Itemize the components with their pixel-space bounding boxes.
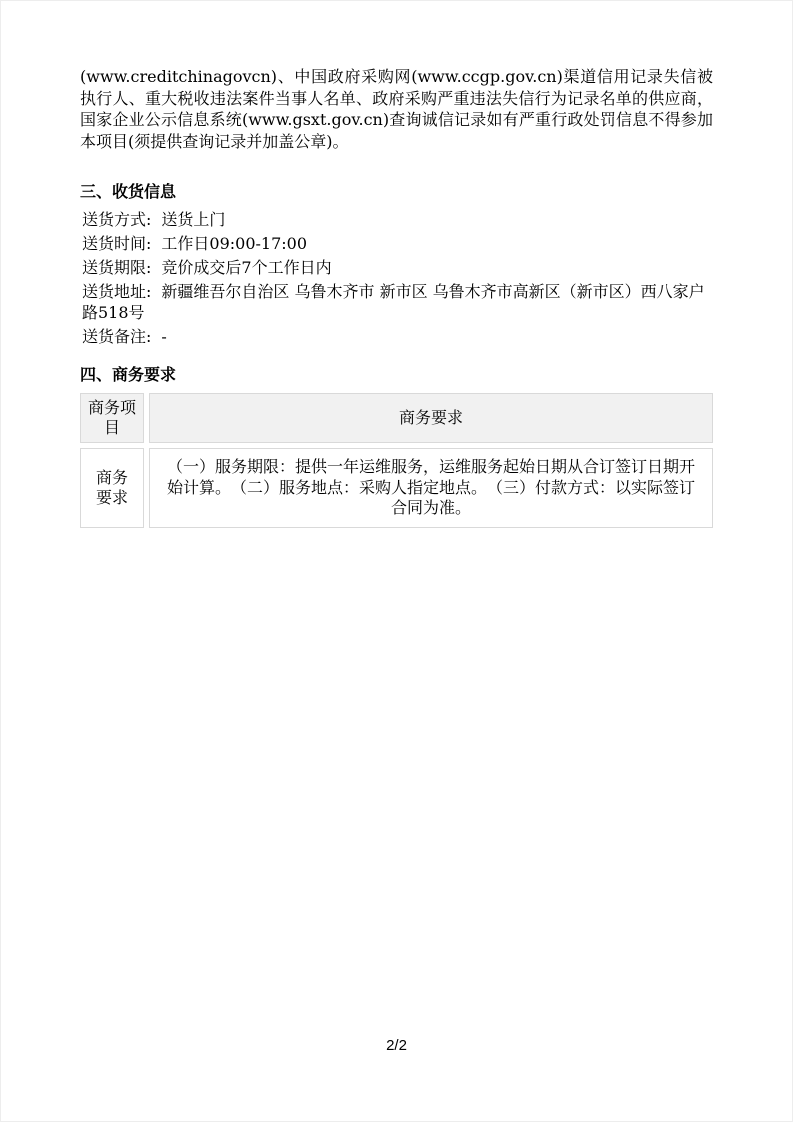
field-value: 新疆维吾尔自治区 乌鲁木齐市 新市区 乌鲁木齐市高新区（新市区）西八家户路518… — [82, 282, 705, 322]
delivery-section-title: 三、收货信息 — [80, 179, 713, 202]
field-label: 送货时间: — [82, 234, 151, 253]
field-delivery-method: 送货方式:送货上门 — [82, 209, 713, 230]
page-content: (www.creditchinagovcn)、中国政府采购网(www.ccgp.… — [1, 1, 792, 533]
delivery-fields: 送货方式:送货上门 送货时间:工作日09:00-17:00 送货期限:竞价成交后… — [80, 209, 713, 347]
field-value: 送货上门 — [161, 210, 225, 229]
field-label: 送货地址: — [82, 282, 151, 301]
field-delivery-time: 送货时间:工作日09:00-17:00 — [82, 233, 713, 254]
table-header-requirement: 商务要求 — [149, 393, 713, 443]
table-header-item: 商务项目 — [80, 393, 144, 443]
table-header-row: 商务项目 商务要求 — [80, 393, 713, 443]
field-value: 工作日09:00-17:00 — [161, 234, 307, 253]
field-label: 送货期限: — [82, 258, 151, 277]
field-label: 送货备注: — [82, 327, 151, 346]
field-value: - — [161, 327, 166, 346]
table-row: 商务要求 （一）服务期限：提供一年运维服务，运维服务起始日期从合订签订日期开始计… — [80, 448, 713, 528]
business-requirements-table: 商务项目 商务要求 商务要求 （一）服务期限：提供一年运维服务，运维服务起始日期… — [75, 388, 718, 533]
document-page: (www.creditchinagovcn)、中国政府采购网(www.ccgp.… — [0, 0, 793, 1122]
table-cell-item: 商务要求 — [80, 448, 144, 528]
field-delivery-address: 送货地址:新疆维吾尔自治区 乌鲁木齐市 新市区 乌鲁木齐市高新区（新市区）西八家… — [82, 281, 713, 323]
page-number: 2/2 — [1, 1037, 792, 1054]
field-label: 送货方式: — [82, 210, 151, 229]
field-delivery-deadline: 送货期限:竞价成交后7个工作日内 — [82, 257, 713, 278]
field-delivery-remark: 送货备注:- — [82, 326, 713, 347]
business-section-title: 四、商务要求 — [80, 362, 713, 385]
table-cell-requirement: （一）服务期限：提供一年运维服务，运维服务起始日期从合订签订日期开始计算。 （二… — [149, 448, 713, 528]
credit-check-paragraph: (www.creditchinagovcn)、中国政府采购网(www.ccgp.… — [80, 66, 713, 152]
field-value: 竞价成交后7个工作日内 — [161, 258, 331, 277]
